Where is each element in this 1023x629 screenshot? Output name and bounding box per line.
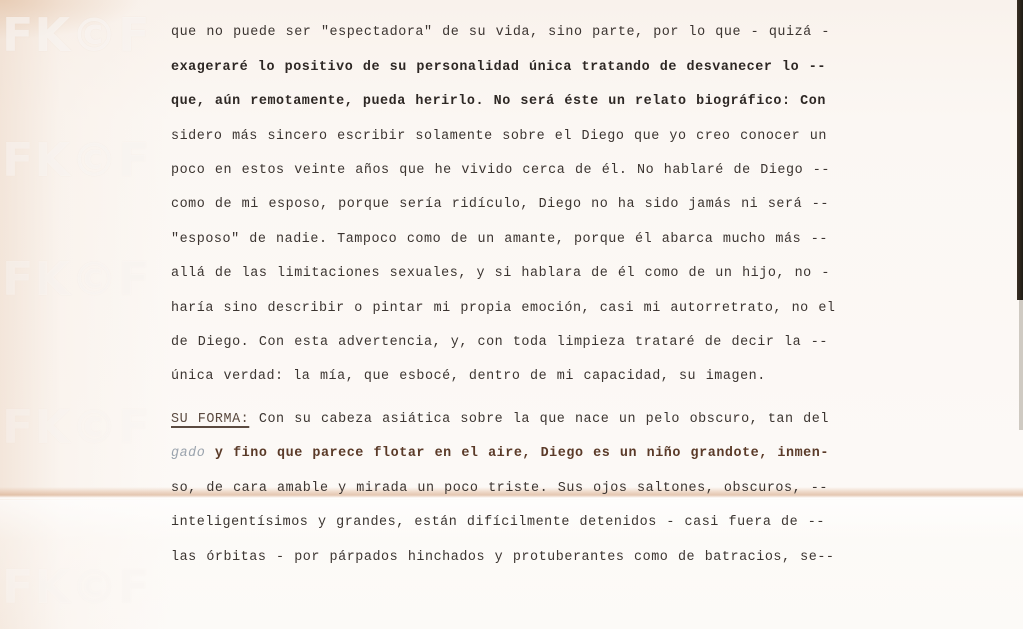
text-line: que no puede ser "espectadora" de su vid… [171, 25, 830, 40]
text-segment: Con su cabeza asiática sobre la que nace… [249, 412, 829, 427]
watermark: FK©F [2, 252, 151, 306]
page-edge [1017, 0, 1023, 300]
watermark: FK©F [2, 133, 151, 187]
text-line: so, de cara amable y mirada un poco tris… [171, 481, 828, 496]
watermark: FK©F [2, 8, 151, 62]
text-line: allá de las limitaciones sexuales, y si … [171, 266, 830, 281]
text-line: sidero más sincero escribir solamente so… [171, 129, 827, 144]
text-line: poco en estos veinte años que he vivido … [171, 163, 830, 178]
section-first-line: SU FORMA: Con su cabeza asiática sobre l… [171, 412, 829, 427]
watermark: FK©F [2, 400, 151, 454]
text-line: "esposo" de nadie. Tampoco como de un am… [171, 232, 828, 247]
text-line-on-fold: gado y fino que parece flotar en el aire… [171, 446, 829, 461]
text-segment: y fino que parece flotar en el aire, Die… [205, 446, 829, 461]
text-line: de Diego. Con esta advertencia, y, con t… [171, 335, 828, 350]
text-line: como de mi esposo, porque sería ridículo… [171, 197, 829, 212]
text-line: única verdad: la mía, que esbocé, dentro… [171, 369, 766, 384]
page-edge [1019, 300, 1023, 430]
text-line: inteligentísimos y grandes, están difíci… [171, 515, 825, 530]
text-line: haría sino describir o pintar mi propia … [171, 301, 836, 316]
text-line: exageraré lo positivo de su personalidad… [171, 60, 826, 75]
section-heading: SU FORMA: [171, 412, 249, 427]
text-line: las órbitas - por párpados hinchados y p… [171, 550, 835, 565]
text-line: que, aún remotamente, pueda herirlo. No … [171, 94, 826, 109]
text-segment-faded: gado [171, 446, 205, 461]
